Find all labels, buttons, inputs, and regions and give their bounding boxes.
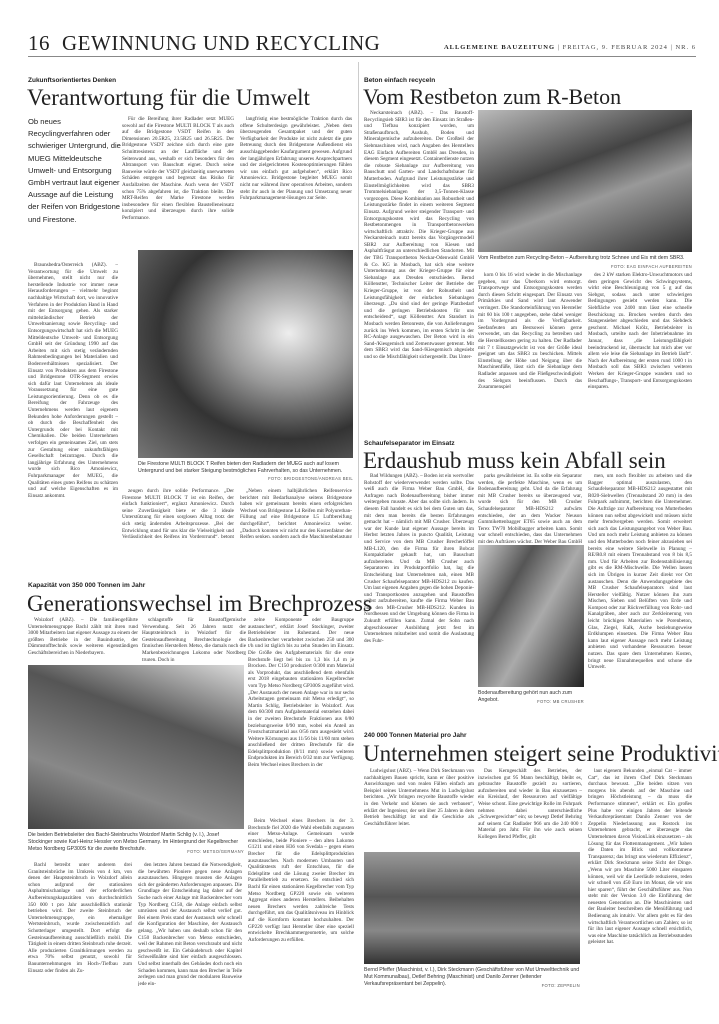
separator: | [558,44,560,51]
article-column: men, um noch flexibler zu arbeiten und d… [588,473,692,733]
caption-umwelt: Die Firestone MULTI BLOCK T Reifen biete… [138,461,353,475]
article-column: Bachl betreibt unter anderem drei Granit… [28,862,132,1012]
page-section-title: 16GEWINNUNG UND RECYCLING [28,31,380,56]
article-column: Woizdorf (ABZ). – Die familiengeführte U… [28,617,138,661]
article-column: Das Kerngeschäft des Betriebes, der inzw… [478,768,582,844]
kicker-produktivitaet: 240 000 Tonnen Material pro Jahr [364,732,466,739]
caption-rbeton: Vom Restbeton zum Recycling-Beton – Aufb… [478,255,692,262]
headline-produktivitaet: Unternehmen steigert seine Produktivität [363,742,719,765]
article-column: laut eigenem Bekunden „einmal Cat – imme… [588,768,692,1012]
article-column: langfristig eine bestmögliche Traktion d… [240,116,352,244]
photo-wheel-loader [138,250,353,458]
headline-erdaushub: Erdaushub muss kein Abfall sein [363,449,666,472]
issue-number: NR. 6 [675,44,696,51]
credit-rbeton: FOTO: EAG EINFACH AUFBEREITEN [478,264,692,269]
article-column: zeugen durch ihre solide Performance. „D… [122,488,234,538]
lead-umwelt: Ob neues Recyclingverfahren oder schwier… [28,116,122,226]
photo-excavator-team [364,852,580,964]
headline-umwelt: Verantwortung für die Umwelt [27,86,310,109]
kicker-brechprozess: Kapazität von 350 000 Tonnen im Jahr [28,582,145,589]
article-column: Bad Wildungen (ABZ). – Boden ist ein wer… [364,473,474,733]
kicker-erdaushub: Schaufelseparator im Einsatz [364,440,455,447]
article-column: Braunsbedra/Österreich (ABZ). – Verantwo… [28,262,118,538]
article-column: des 2 kW starken Elektro-Unwuchtmotors u… [588,272,692,446]
issue-date: FREITAG, 9. FEBRUAR 2024 [563,44,668,51]
credit-umwelt: FOTO: BRIDGESTONE/ANDREAS BEIL [138,476,353,481]
article-column: Neckarsteinach (ABZ). – Das Baustoff-Rec… [364,110,474,446]
kicker-umwelt: Zukunftsorientiertes Denken [28,77,116,84]
headline-rbeton: Vom Restbeton zum R-Beton [363,86,621,108]
photo-bucket-separator [478,545,584,687]
article-column: parks gewährleistet ist. Es sollte ein S… [478,473,582,543]
article-column: „Neben einem halbjährlichen Reifenservic… [240,488,352,538]
photo-quarry-managers [28,665,244,829]
headline-brechprozess: Generationswechsel im Brechprozess [27,592,372,615]
separator: | [671,44,673,51]
kicker-rbeton: Beton einfach recyceln [364,77,435,84]
article-column: den letzten Jahren bestand die Notwendig… [138,862,242,1012]
article-column: schlagstoffe für Baustoffgemische Verwen… [142,617,246,661]
credit-produktivitaet: FOTO: ZEPPELIN [364,983,580,988]
credit-brechprozess: FOTO: METSO/GERMANY [28,849,244,854]
masthead-rule [28,56,696,57]
credit-erdaushub: FOTO: MB CRUSHER [478,699,584,704]
article-column: zelne Komponente oder Baugruppe austausc… [248,617,354,815]
page-number: 16 [28,31,50,55]
section-name: GEWINNUNG UND RECYCLING [62,31,380,55]
publication-name: ALLGEMEINE BAUZEITUNG [444,44,555,51]
column-divider [358,62,359,538]
article-column: Für die Bereifung ihrer Radlader setzt M… [122,116,234,244]
publication-info: ALLGEMEINE BAUZEITUNG | FREITAG, 9. FEBR… [444,44,696,51]
article-column: Beim Wechsel eines Brechers in der 3. Br… [248,818,354,1012]
article-column: Ludwigslust (ABZ). – Wenn Dirk Steckmann… [364,768,474,844]
photo-sbr3-screen [478,110,692,252]
article-column: korn 0 bis 16 wird wieder in die Mischan… [478,272,582,446]
